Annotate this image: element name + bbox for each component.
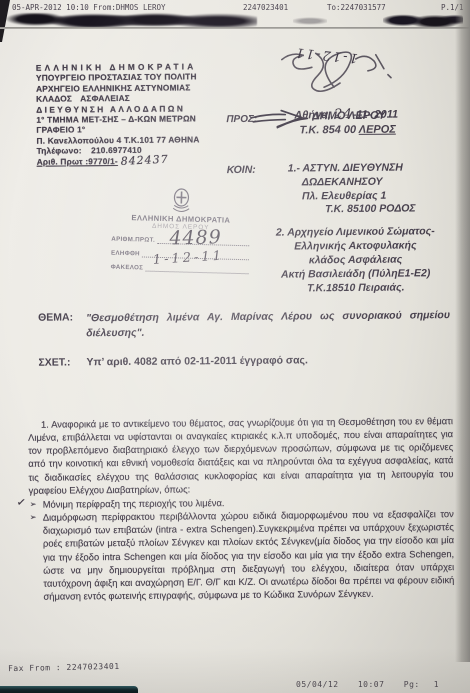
protocol-line: Αριθ. Πρωτ :9770/1- 842437 (37, 155, 200, 167)
reference-text: Υπ’ αριθ. 4082 από 02-11-2011 έγγραφό σα… (86, 354, 308, 368)
recipient-name: ΔΗΜΟ ΛΕΡΟΥ (312, 110, 385, 123)
body-paragraph: 1. Αναφορικά με το αντικείμενο του θέματ… (28, 414, 454, 497)
scanner-edge-shadow (455, 0, 470, 662)
stamp-received-label: ΕΛΗΦΘΗ (111, 250, 140, 258)
phone-label: Τηλέφωνο: (37, 146, 89, 157)
received-stamp: ΕΛΛΗΝΙΚΗ ΔΗΜΟΚΡΑΤΙΑ ΔΗΜΟΣ ΛΕΡΟΥ ΑΡΙΘΜ.ΠΡ… (110, 185, 251, 295)
letterhead-line: ΑΡΧΗΓΕΙΟ ΕΛΛΗΝΙΚΗΣ ΑΣΤΥΝΟΜΙΑΣ (36, 82, 199, 94)
protocol-number-label: Αριθ. Πρωτ :9770/1- (37, 156, 118, 167)
cc-entry-coast-guard: 2. Αρχηγείο Λιμενικού Σώματος- Ελληνικής… (257, 224, 454, 296)
letterhead: ΕΛΛΗΝΙΚΗ ΔΗΜΟΚΡΑΤΙΑ ΥΠΟΥΡΓΕΙΟ ΠΡΟΣΤΑΣΙΑΣ… (36, 61, 200, 166)
municipality-emblem-icon (168, 186, 195, 215)
cc2-line: Τ.Κ.18510 Πειραιάς. (258, 280, 454, 296)
cc1-line: ΔΩΔΕΚΑΝΗΣΟΥ (302, 175, 416, 190)
stamp-folder-label: ΦΑΚΕΛΟΣ (111, 264, 144, 272)
letterhead-line: 1° ΤΜΗΜΑ ΜΕΤ-ΣΗΣ – Δ-ΚΩΝ ΜΕΤΡΩΝ (36, 113, 199, 125)
requirements-list: ✓ ➢ Μόνιμη περίφραξη της περιοχής του λι… (29, 494, 455, 603)
document-content: ΕΛΛΗΝΙΚΗ ΔΗΜΟΚΡΑΤΙΑ ΥΠΟΥΡΓΕΙΟ ΠΡΟΣΤΑΣΙΑΣ… (0, 0, 470, 693)
handwritten-annotation: 1-12-11 (276, 39, 407, 98)
list-item-text: Διαμόρφωση περίφρακτου περιβάλλοντα χώρο… (43, 508, 455, 602)
scan-bottom-artifact (0, 686, 138, 693)
cc1-line: 1.- ΑΣΤΥΝ. ΔΙΕΥΘΥΝΣΗ (288, 161, 416, 176)
cc2-line: 2. Αρχηγείο Λιμενικού Σώματος- (257, 224, 453, 240)
recipient-city: ΛΕΡΟΣ (359, 124, 396, 136)
subject-label: ΘΕΜΑ: (38, 311, 73, 323)
letter-body: 1. Αναφορικά με το αντικείμενο του θέματ… (28, 414, 455, 603)
cc1-line: Πλ. Ελευθερίας 1 (302, 189, 416, 204)
letterhead-address: Π. Κανελλοπούλου 4 Τ.Κ.101 77 ΑΘΗΝΑ (36, 134, 199, 146)
scanned-fax-document: 05-APR-2012 10:10 From:DHMOS LEROY 22470… (0, 0, 470, 693)
reference-label: ΣΧΕΤ.: (38, 356, 70, 368)
handwritten-checkmark-icon: ✓ (16, 495, 27, 509)
list-item-text: Μόνιμη περίφραξη της περιοχής του λιμένα… (43, 497, 225, 510)
stamp-protocol-label: ΑΡΙΘΜ.ΠΡΩΤ. (111, 236, 155, 244)
list-item: ➢ Διαμόρφωση περίφρακτου περιβάλλοντα χώ… (29, 507, 455, 603)
cc2-line: Ακτή Βασιλειάδη (ΠύληΕ1-Ε2) (258, 266, 454, 282)
subject-text: "Θεσμοθέτηση λιμένα Αγ. Μαρίνας Λέρου ως… (86, 308, 450, 340)
cc-entry-police-directorate: 1.- ΑΣΤΥΝ. ΔΙΕΥΘΥΝΣΗ ΔΩΔΕΚΑΝΗΣΟΥ Πλ. Ελε… (288, 161, 416, 217)
handwritten-protocol-number: 842437 (120, 154, 168, 166)
recipient-postcode: Τ.Κ. 854 00 (299, 124, 358, 137)
cc1-line: Τ.Κ. 85100 ΡΟΔΟΣ (325, 203, 416, 218)
signature-scribble-icon (276, 45, 402, 98)
handwritten-stamp-protocol: 4489 (169, 226, 222, 249)
recipient-address: Τ.Κ. 854 00 ΛΕΡΟΣ (299, 124, 395, 137)
bullet-arrow-icon: ➢ (30, 498, 37, 511)
cc-label: ΚΟΙΝ: (227, 164, 256, 176)
bullet-arrow-icon: ➢ (30, 511, 37, 524)
